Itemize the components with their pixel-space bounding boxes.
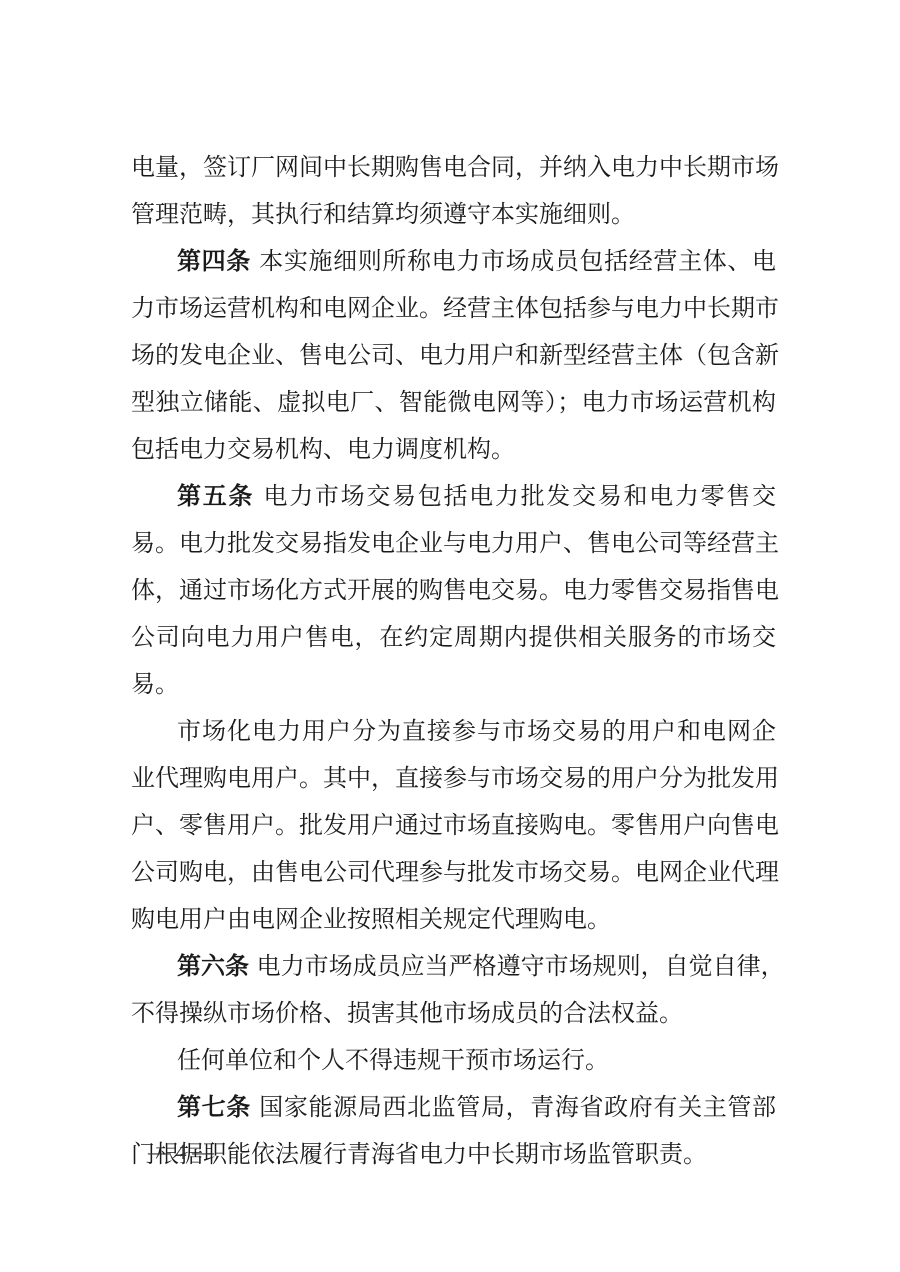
article-5-first-line: 第五条 电力市场交易包括电力批发交易和电力零售交 — [177, 476, 776, 516]
text-line: 公司向电力用户售电，在约定周期内提供相关服务的市场交 — [131, 617, 776, 657]
text-line: 市场化电力用户分为直接参与市场交易的用户和电网企 — [177, 711, 776, 751]
article-4-first-line: 第四条 本实施细则所称电力市场成员包括经营主体、电 — [177, 241, 776, 281]
text-span: 国家能源局西北监管局，青海省政府有关主管部 — [251, 1093, 776, 1121]
text-line: 易。电力批发交易指发电企业与电力用户、售电公司等经营主 — [131, 523, 776, 563]
text-line: 易。 — [131, 664, 776, 704]
text-line: 不得操纵市场价格、损害其他市场成员的合法权益。 — [131, 993, 776, 1033]
text-span: 本实施细则所称电力市场成员包括经营主体、电 — [251, 247, 776, 275]
text-line: 购电用户由电网企业按照相关规定代理购电。 — [131, 899, 776, 939]
text-line: 门根据职能依法履行青海省电力中长期市场监管职责。 — [131, 1134, 776, 1174]
text-line: 场的发电企业、售电公司、电力用户和新型经营主体（包含新 — [131, 335, 776, 375]
text-line: 型独立储能、虚拟电厂、智能微电网等）；电力市场运营机构 — [131, 382, 776, 422]
article-7-first-line: 第七条 国家能源局西北监管局，青海省政府有关主管部 — [177, 1087, 776, 1127]
text-line: 管理范畴，其执行和结算均须遵守本实施细则。 — [131, 194, 776, 234]
text-line: 公司购电，由售电公司代理参与批发市场交易。电网企业代理 — [131, 852, 776, 892]
text-line: 体，通过市场化方式开展的购售电交易。电力零售交易指售电 — [131, 570, 776, 610]
article-label: 第六条 — [177, 952, 249, 980]
text-line: 业代理购电用户。其中，直接参与市场交易的用户分为批发用 — [131, 758, 776, 798]
article-label: 第七条 — [177, 1093, 251, 1121]
document-page: 电量，签订厂网间中长期购售电合同，并纳入电力中长期市场 管理范畴，其执行和结算均… — [0, 0, 900, 1272]
text-line: 力市场运营机构和电网企业。经营主体包括参与电力中长期市 — [131, 288, 776, 328]
text-line: 电量，签订厂网间中长期购售电合同，并纳入电力中长期市场 — [131, 147, 776, 187]
text-line: 任何单位和个人不得违规干预市场运行。 — [177, 1040, 776, 1080]
page-number: — 4 — — [148, 1137, 214, 1167]
article-label: 第四条 — [177, 247, 251, 275]
article-label: 第五条 — [177, 482, 254, 510]
article-6-first-line: 第六条 电力市场成员应当严格遵守市场规则，自觉自律， — [177, 946, 776, 986]
text-line: 户、零售用户。批发用户通过市场直接购电。零售用户向售电 — [131, 805, 776, 845]
text-line: 包括电力交易机构、电力调度机构。 — [131, 429, 776, 469]
text-span: 电力市场交易包括电力批发交易和电力零售交 — [254, 482, 776, 510]
text-span: 电力市场成员应当严格遵守市场规则，自觉自律， — [249, 952, 785, 980]
